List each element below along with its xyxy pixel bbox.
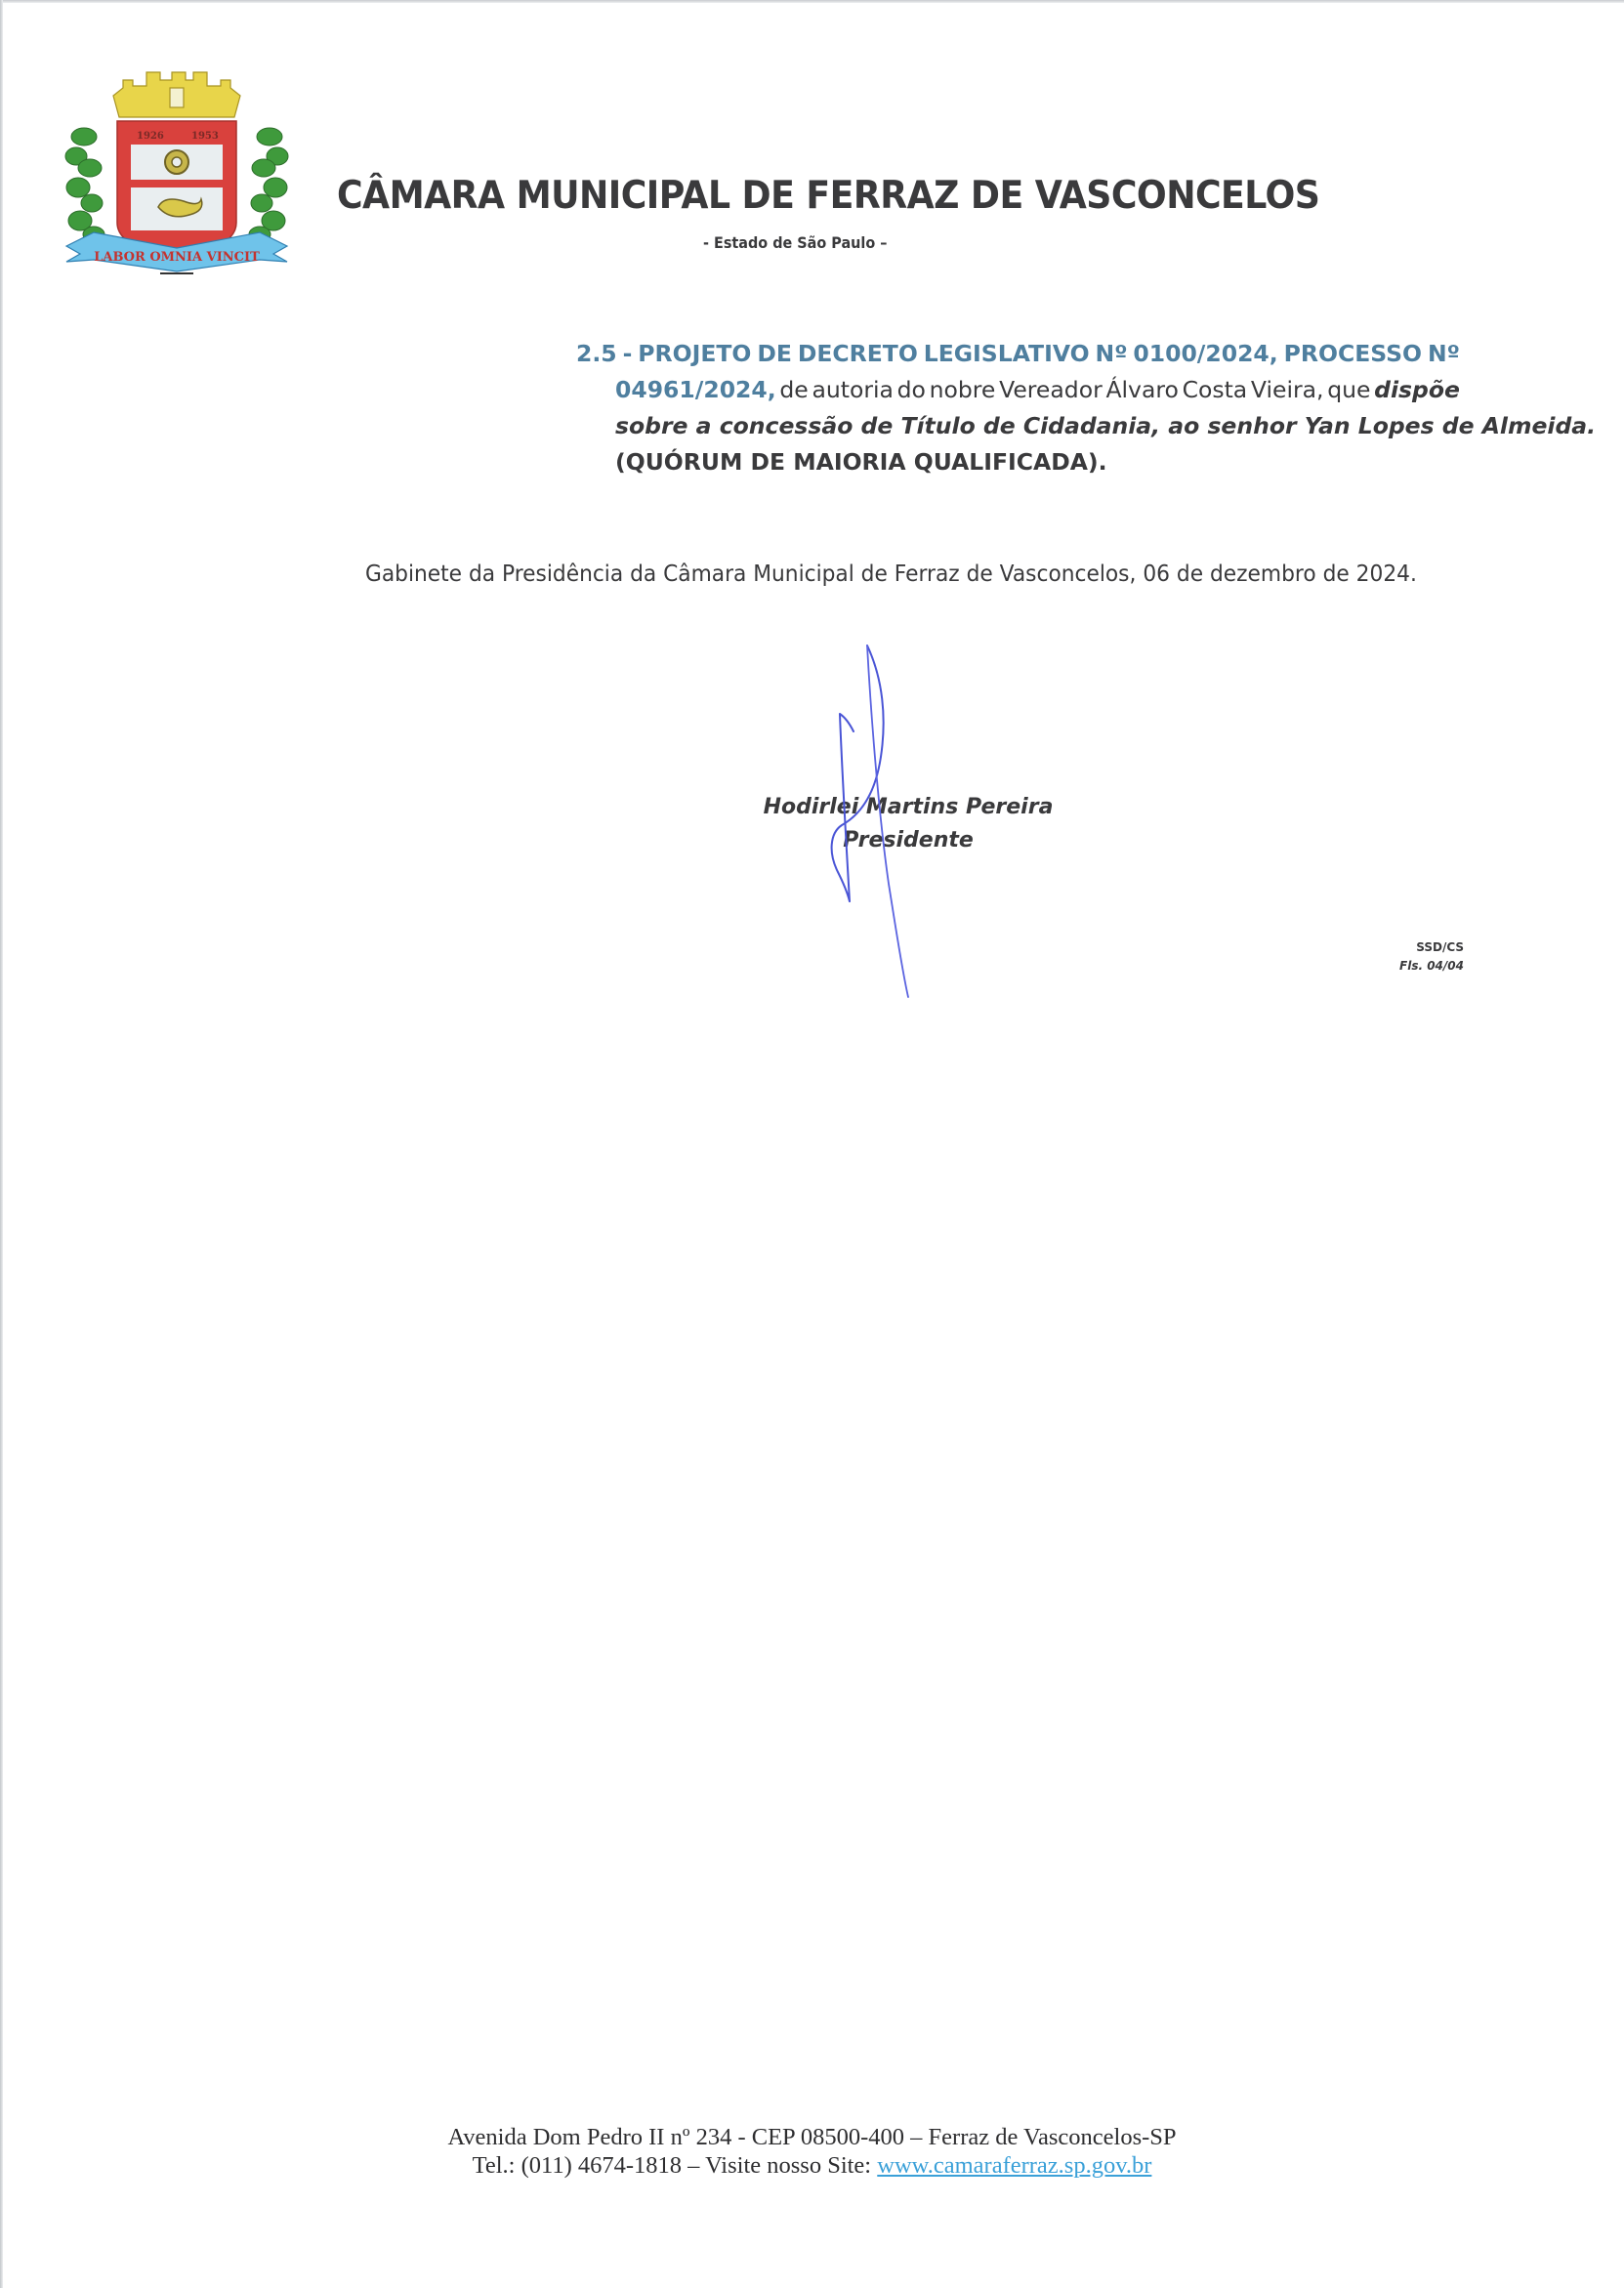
heading-word: PROJETO [638, 336, 751, 372]
decree-number: 0100/2024, [1133, 336, 1277, 372]
author-name: Vieira, [1251, 372, 1324, 408]
footer-contact-line: Tel.: (011) 4674-1818 – Visite nosso Sit… [0, 2151, 1624, 2180]
process-number: 04961/2024, [615, 372, 776, 408]
page-edge-left [0, 0, 3, 2288]
body-word: autoria [812, 372, 893, 408]
institution-title: CÂMARA MUNICIPAL DE FERRAZ DE VASCONCELO… [337, 174, 1300, 218]
quorum-text: (QUÓRUM DE MAIORIA QUALIFICADA). [615, 444, 1107, 480]
body-word: que [1327, 372, 1370, 408]
heading-word: DECRETO [798, 336, 918, 372]
agenda-item: 2.5 - PROJETO DE DECRETO LEGISLATIVO Nº … [576, 336, 1460, 480]
author-name: Costa [1183, 372, 1248, 408]
heading-word: Nº [1428, 336, 1460, 372]
heading-word: Nº [1096, 336, 1128, 372]
page-edge-top [0, 0, 1624, 3]
agenda-heading-line: 2.5 - PROJETO DE DECRETO LEGISLATIVO Nº … [576, 336, 1460, 372]
item-separator: - [623, 336, 633, 372]
agenda-subject-line: sobre a concessão de Título de Cidadania… [576, 408, 1460, 444]
body-word: do [897, 372, 926, 408]
subject-text: sobre a concessão de Título de Cidadania… [615, 408, 1596, 444]
handwritten-signature-icon [820, 640, 937, 1001]
closing-place-date: Gabinete da Presidência da Câmara Munici… [365, 560, 1417, 587]
svg-text:1953: 1953 [191, 131, 219, 142]
svg-text:1926: 1926 [137, 131, 164, 142]
agenda-quorum-line: (QUÓRUM DE MAIORIA QUALIFICADA). [576, 444, 1460, 480]
state-subtitle: - Estado de São Paulo – [703, 233, 887, 252]
page-folio: Fls. 04/04 [1399, 957, 1464, 976]
body-word: Vereador [999, 372, 1103, 408]
body-word: nobre [930, 372, 996, 408]
heading-word: LEGISLATIVO [924, 336, 1090, 372]
footer-phone: Tel.: (011) 4674-1818 – Visite nosso Sit… [473, 2152, 878, 2179]
coat-of-arms-icon: 1926 1953 LABOR OMNIA VINCIT [62, 66, 291, 283]
document-reference: SSD/CS Fls. 04/04 [1399, 938, 1464, 976]
footer-address: Avenida Dom Pedro II nº 234 - CEP 08500-… [0, 2123, 1624, 2151]
reference-code: SSD/CS [1399, 938, 1464, 957]
author-name: Álvaro [1105, 372, 1178, 408]
website-link[interactable]: www.camaraferraz.sp.gov.br [877, 2152, 1151, 2179]
svg-text:LABOR OMNIA VINCIT: LABOR OMNIA VINCIT [94, 250, 260, 265]
document-footer: Avenida Dom Pedro II nº 234 - CEP 08500-… [0, 2123, 1624, 2180]
item-number: 2.5 [576, 336, 617, 372]
body-word: de [779, 372, 808, 408]
subject-lead: dispõe [1374, 372, 1460, 408]
heading-word: PROCESSO [1284, 336, 1422, 372]
agenda-authorship-line: 04961/2024, de autoria do nobre Vereador… [576, 372, 1460, 408]
heading-word: DE [757, 336, 792, 372]
